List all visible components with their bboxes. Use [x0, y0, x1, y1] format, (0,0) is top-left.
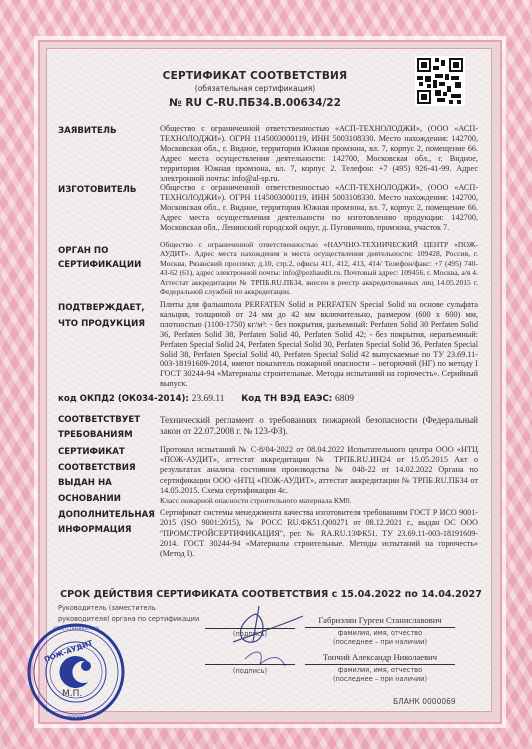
validity-period: СРОК ДЕЙСТВИЯ СЕРТИФИКАТА СООТВЕТСТВИЯ с…	[56, 589, 486, 600]
applicant-text: Общество с ограниченной ответственностью…	[160, 124, 478, 183]
svg-text:ОТВЕТСТВЕННОСТЬЮ: ОТВЕТСТВЕННОСТЬЮ	[53, 626, 99, 631]
requirements-label: СООТВЕТСТВУЕТ ТРЕБОВАНИЯМ	[58, 413, 158, 443]
certification-body-label: ОРГАН ПО СЕРТИФИКАЦИИ	[58, 244, 158, 272]
expert-signature-caption: (подпись)	[205, 667, 295, 675]
manufacturer-text: Общество с ограниченной ответственностью…	[160, 183, 478, 233]
expert-signature-line	[205, 664, 295, 665]
expert-name-line	[305, 664, 455, 665]
certificate-title: СЕРТИФИКАТ СООТВЕТСТВИЯ	[150, 70, 360, 82]
additional-info-label: ДОПОЛНИТЕЛЬНАЯ ИНФОРМАЦИЯ	[58, 508, 162, 538]
head-name: Габриэлян Гурген Станиславович	[305, 615, 455, 625]
applicant-label: ЗАЯВИТЕЛЬ	[58, 124, 158, 138]
head-name-line	[305, 627, 455, 628]
basis-main-text: Протокол испытаний № С-8/04-2022 от 08.0…	[160, 445, 478, 496]
certification-body-text: Общество с ограниченной ответственностью…	[160, 240, 478, 296]
additional-info-text: Сертификат системы менеджмента качества …	[160, 508, 478, 559]
product-text: Плиты для фальшпола PERFATEN Solid и PER…	[160, 300, 478, 389]
stamp-icon: ПОЖ-АУДИТ ОТВЕТСТВЕННОСТЬЮ • МОСКВА •	[26, 622, 126, 722]
okpd-label: код ОКПД2 (ОК034-2014):	[58, 394, 189, 404]
tnved-value: 6809	[335, 394, 354, 404]
product-codes: код ОКПД2 (ОК034-2014): 23.69.11 Код ТН …	[58, 394, 478, 404]
certificate-subtitle: (обязательная сертификация)	[150, 84, 360, 93]
blank-number: БЛАНК 0000069	[393, 697, 456, 706]
head-name-caption-1: фамилия, имя, отчество	[305, 629, 455, 637]
requirements-text: Технический регламент о требованиях пожа…	[160, 415, 478, 437]
expert-name: Тончий Александр Николаевич	[305, 652, 455, 662]
expert-name-caption-1: фамилия, имя, отчество	[305, 666, 455, 674]
head-name-caption-2: (последнее – при наличии)	[305, 638, 455, 646]
basis-text: Протокол испытаний № С-8/04-2022 от 08.0…	[160, 445, 478, 506]
product-label: ПОДТВЕРЖДАЕТ, ЧТО ПРОДУКЦИЯ	[58, 300, 158, 332]
head-signature-line	[205, 628, 295, 629]
basis-label: СЕРТИФИКАТ СООТВЕТСТВИЯ ВЫДАН НА ОСНОВАН…	[58, 445, 158, 507]
basis-extra-text: Класс пожарной опасности строительного м…	[160, 496, 478, 506]
head-signature-caption: (подпись)	[205, 630, 295, 638]
svg-text:• МОСКВА •: • МОСКВА •	[64, 715, 89, 720]
manufacturer-label: ИЗГОТОВИТЕЛЬ	[58, 183, 158, 197]
tnved-label: Код ТН ВЭД ЕАЭС:	[241, 394, 332, 404]
expert-name-caption-2: (последнее – при наличии)	[305, 675, 455, 683]
certificate-number: № RU C-RU.ПБ34.В.00634/22	[150, 97, 360, 109]
qr-code-icon	[415, 56, 465, 106]
stamp-mark: М.П.	[62, 689, 82, 699]
okpd-value: 23.69.11	[192, 394, 225, 404]
